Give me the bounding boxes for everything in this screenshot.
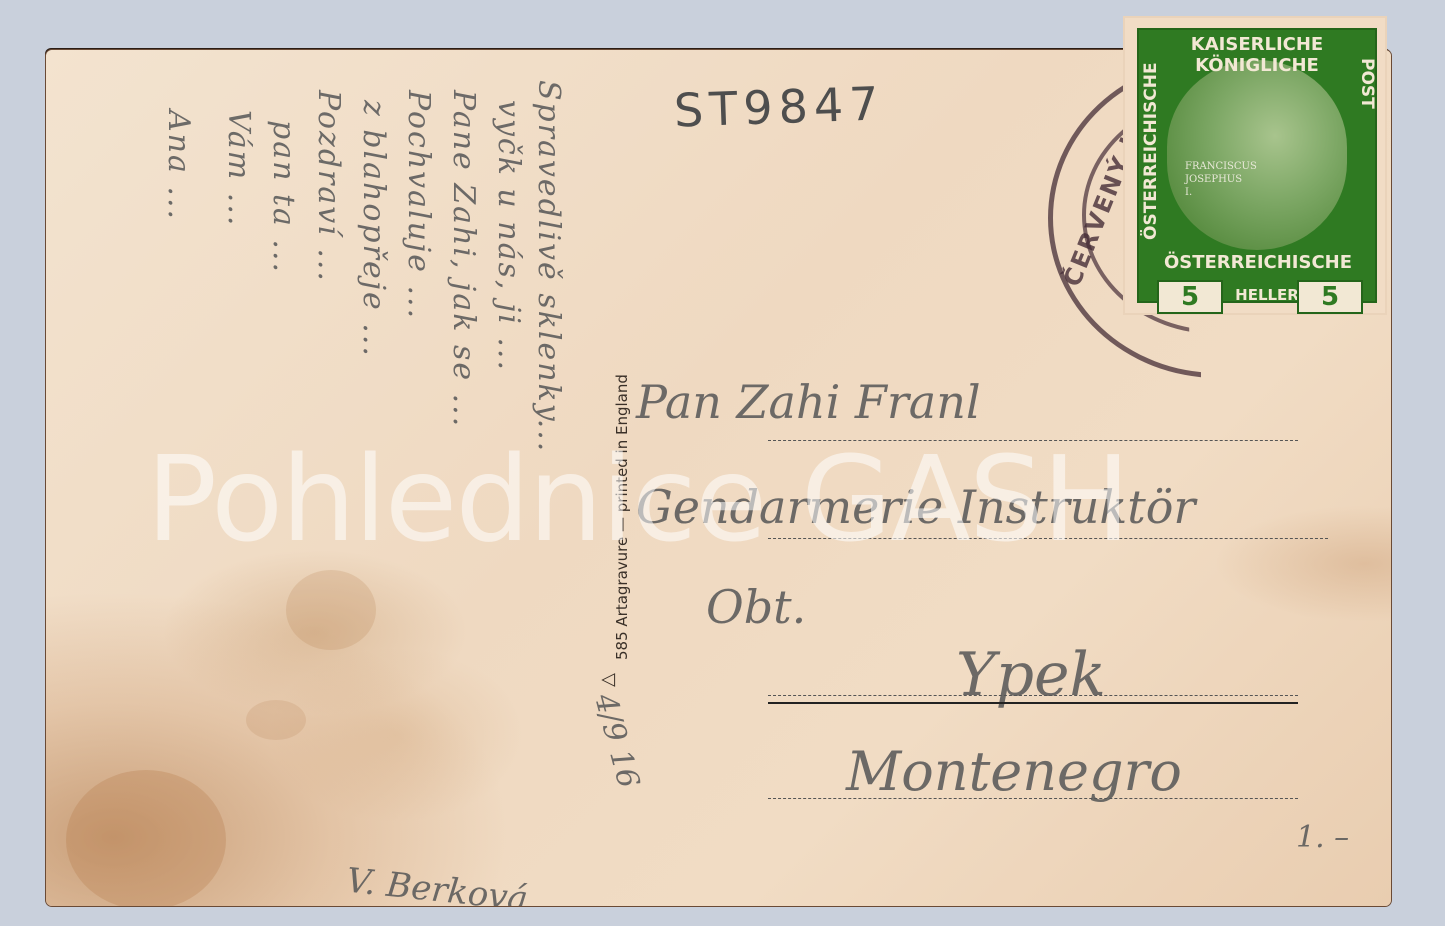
address-line-4: Ypek [956, 640, 1106, 710]
message-line: Pane Zahi, jak se ... [446, 90, 481, 428]
stamp-top-text: KAISERLICHE KÖNIGLICHE [1159, 34, 1355, 76]
stamp-frame: KAISERLICHE KÖNIGLICHE ÖSTERREICHISCHE P… [1137, 28, 1377, 303]
message-line: Spravedlivě sklenky... [531, 80, 566, 453]
reference-code: ST9847 [673, 76, 885, 137]
stamp-portrait-caption: FRANCISCUS JOSEPHUS I. [1185, 160, 1257, 199]
stamp-value-left: 5 [1157, 280, 1223, 314]
message-line: Ana ... [161, 110, 196, 221]
address-rule [768, 695, 1298, 696]
caption-line: JOSEPHUS [1185, 173, 1257, 186]
caption-line: I. [1185, 186, 1257, 199]
address-rule [768, 440, 1298, 441]
printed-credit: 585 Artagravure — printed in England [613, 374, 631, 660]
address-rule [768, 798, 1298, 799]
stamp-value-right: 5 [1297, 280, 1363, 314]
stamp-right-text: POST [1357, 58, 1377, 224]
address-line-5: Montenegro [846, 740, 1182, 803]
postage-stamp: KAISERLICHE KÖNIGLICHE ÖSTERREICHISCHE P… [1125, 18, 1385, 313]
address-rule [768, 538, 1328, 539]
address-line-2: Gendarmerie Instruktör [636, 480, 1195, 534]
address-line-1: Pan Zahi Franl [636, 375, 981, 429]
stamp-bottom-text: ÖSTERREICHISCHE [1161, 252, 1355, 273]
address-underline [768, 702, 1298, 704]
stamp-currency: HELLER [1227, 286, 1307, 304]
message-line: Pochvaluje ... [401, 90, 436, 320]
message-line: Vám ... [221, 110, 256, 227]
message-line: vyčk u nás, ji ... [491, 100, 526, 372]
publisher-logo-icon: △ [596, 668, 620, 692]
caption-line: FRANCISCUS [1185, 160, 1257, 173]
message-line: Pozdraví ... [311, 90, 346, 283]
message-line: z blahopřeje ... [356, 100, 391, 358]
handwritten-message: Spravedlivě sklenky... vyčk u nás, ji ..… [76, 70, 596, 890]
address-line-3: Obt. [706, 580, 806, 634]
message-line: pan ta ... [266, 120, 301, 274]
stamp-portrait [1167, 60, 1347, 250]
stamp-left-text: ÖSTERREICHISCHE [1141, 62, 1161, 240]
address-trailing-mark: 1. – [1296, 820, 1349, 855]
